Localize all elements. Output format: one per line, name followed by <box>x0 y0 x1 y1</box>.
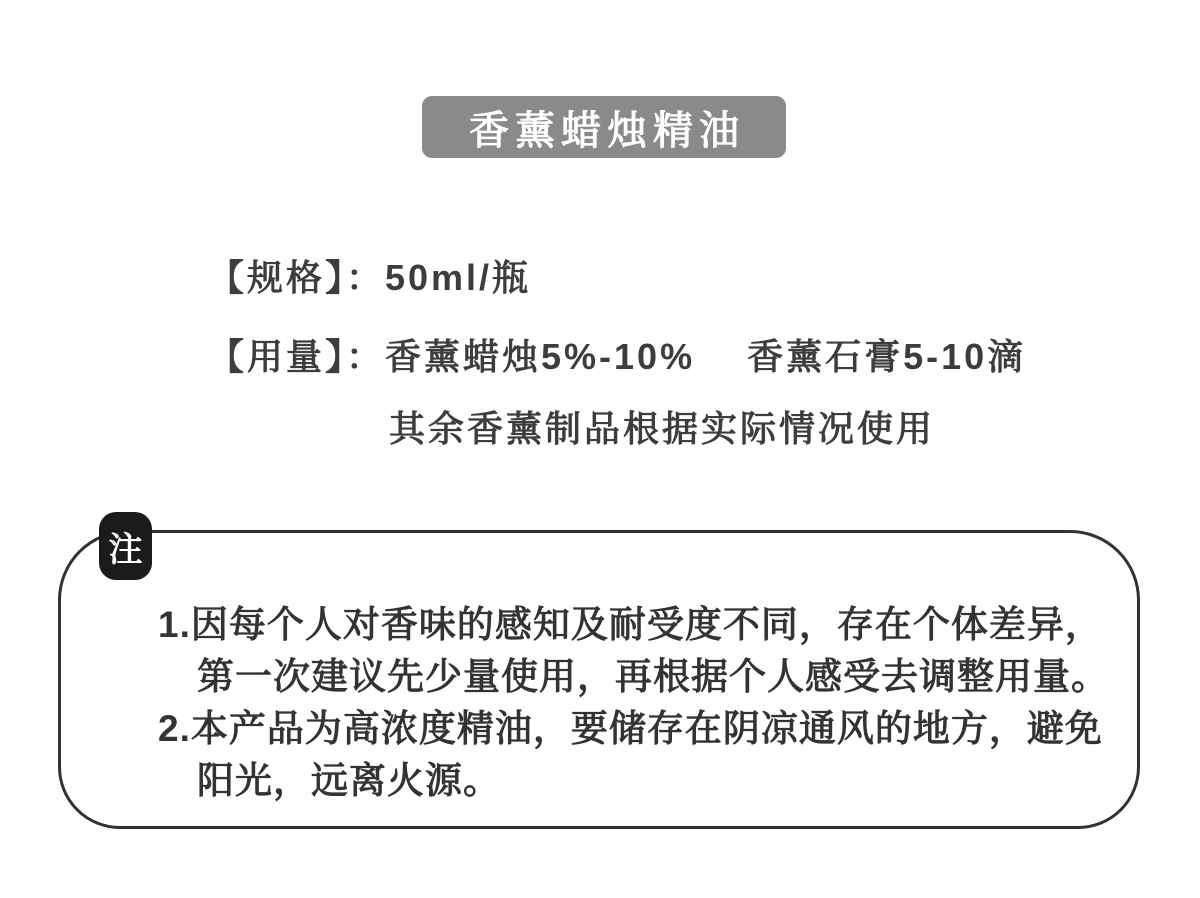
title-banner: 香薰蜡烛精油 <box>422 96 786 158</box>
spec-line-volume: 【规格】：50ml/瓶 <box>208 250 531 301</box>
note-line: 第一次建议先少量使用，再根据个人感受去调整用量。 <box>197 646 1109 700</box>
note-line: 阳光，远离火源。 <box>197 750 501 804</box>
note-line: 1.因每个人对香味的感知及耐受度不同，存在个体差异， <box>158 594 1103 648</box>
note-line: 2.本产品为高浓度精油，要储存在阴凉通风的地方，避免 <box>158 698 1103 752</box>
spec-line-dosage-continuation: 其余香薰制品根据实际情况使用 <box>389 401 935 452</box>
page-title: 香薰蜡烛精油 <box>463 99 745 156</box>
note-badge-label: 注 <box>109 522 143 571</box>
note-badge: 注 <box>99 512 152 580</box>
spec-line-dosage: 【用量】：香薰蜡烛5%-10% 香薰石膏5-10滴 <box>208 329 1026 380</box>
product-info-page: 香薰蜡烛精油 【规格】：50ml/瓶 【用量】：香薰蜡烛5%-10% 香薰石膏5… <box>0 0 1200 898</box>
